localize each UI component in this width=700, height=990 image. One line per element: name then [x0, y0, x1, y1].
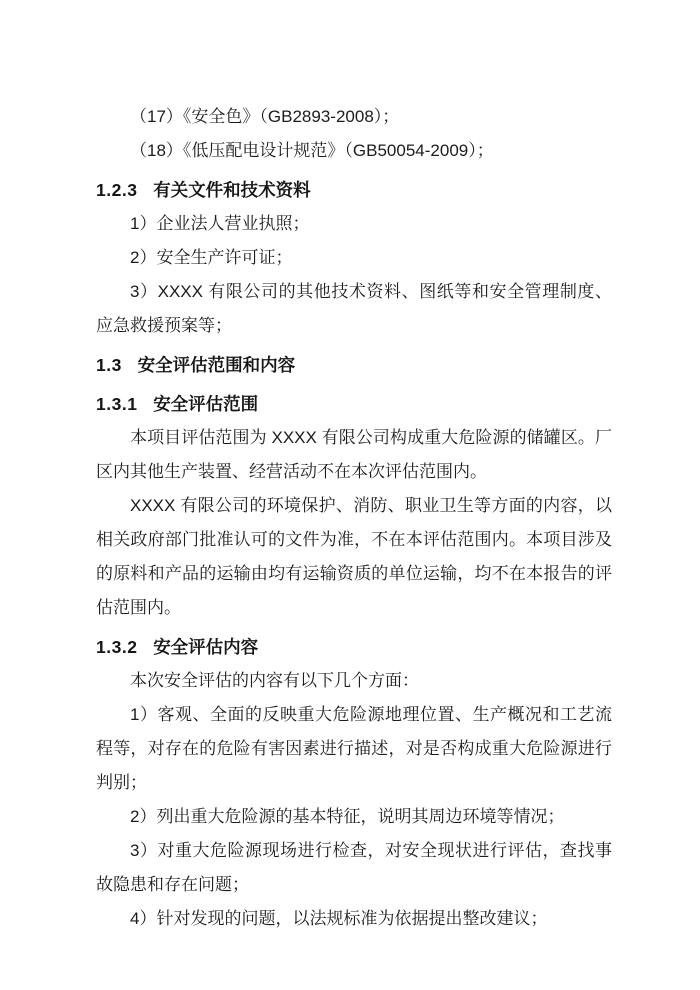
section-heading-1-2-3: 1.2.3有关文件和技术资料: [96, 173, 612, 207]
section-title: 安全评估范围和内容: [138, 355, 296, 375]
section-heading-1-3-1: 1.3.1安全评估范围: [96, 387, 612, 421]
section-number: 1.3.1: [96, 394, 137, 414]
content-item-2: 2）列出重大危险源的基本特征，说明其周边环境等情况；: [96, 800, 612, 834]
content-item-1: 1）客观、全面的反映重大危险源地理位置、生产概况和工艺流程等，对存在的危险有害因…: [96, 698, 612, 800]
paragraph-regulation-18: （18）《低压配电设计规范》（GB50054-2009）；: [96, 134, 612, 168]
content-item-4: 4）针对发现的问题，以法规标准为依据提出整改建议；: [96, 902, 612, 936]
paragraph-scope-1: 本项目评估范围为 XXXX 有限公司构成重大危险源的储罐区。厂区内其他生产装置、…: [96, 421, 612, 489]
section-title: 安全评估范围: [153, 394, 258, 414]
section-title: 安全评估内容: [153, 637, 258, 657]
content-item-3: 3）对重大危险源现场进行检查，对安全现状进行评估，查找事故隐患和存在问题；: [96, 834, 612, 902]
list-item-1: 1）企业法人营业执照；: [96, 207, 612, 241]
section-number: 1.3.2: [96, 637, 137, 657]
section-heading-1-3: 1.3安全评估范围和内容: [96, 348, 612, 382]
paragraph-regulation-17: （17）《安全色》（GB2893-2008）；: [96, 100, 612, 134]
document-page: （17）《安全色》（GB2893-2008）； （18）《低压配电设计规范》（G…: [0, 0, 700, 990]
section-number: 1.2.3: [96, 180, 137, 200]
section-heading-1-3-2: 1.3.2安全评估内容: [96, 630, 612, 664]
paragraph-scope-2: XXXX 有限公司的环境保护、消防、职业卫生等方面的内容，以相关政府部门批准认可…: [96, 489, 612, 625]
list-item-3: 3）XXXX 有限公司的其他技术资料、图纸等和安全管理制度、应急救援预案等；: [96, 275, 612, 343]
section-title: 有关文件和技术资料: [153, 180, 311, 200]
list-item-2: 2）安全生产许可证；: [96, 241, 612, 275]
paragraph-content-intro: 本次安全评估的内容有以下几个方面：: [96, 664, 612, 698]
section-number: 1.3: [96, 355, 122, 375]
